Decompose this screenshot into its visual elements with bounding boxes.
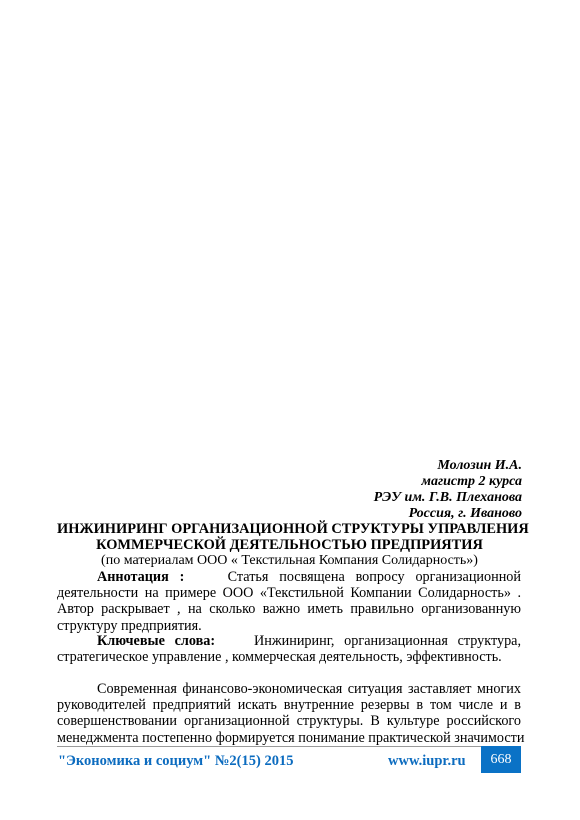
keywords-line: стратегическое управление , коммерческая…: [57, 649, 521, 665]
footer-url-link[interactable]: www.iupr.ru: [388, 753, 466, 769]
title-line-2: КОММЕРЧЕСКОЙ ДЕЯТЕЛЬНОСТЬЮ ПРЕДПРИЯТИЯ: [57, 537, 522, 553]
author-university: РЭУ им. Г.В. Плеханова: [374, 490, 522, 506]
article-title: ИНЖИНИРИНГ ОРГАНИЗАЦИОННОЙ СТРУКТУРЫ УПР…: [57, 521, 522, 553]
author-position: магистр 2 курса: [374, 474, 522, 490]
keywords-paragraph: Ключевые слова: Инжиниринг, организацион…: [57, 633, 521, 665]
title-line-1: ИНЖИНИРИНГ ОРГАНИЗАЦИОННОЙ СТРУКТУРЫ УПР…: [57, 521, 522, 537]
body-line: Современная финансово-экономическая ситу…: [57, 681, 521, 697]
article-subtitle: (по материалам ООО « Текстильная Компани…: [57, 553, 522, 569]
author-name: Молозин И.А.: [374, 458, 522, 474]
author-location: Россия, г. Иваново: [374, 506, 522, 522]
annotation-line: структуру предприятия.: [57, 618, 521, 634]
keywords-label: Ключевые слова:: [97, 633, 215, 649]
keywords-line: Ключевые слова: Инжиниринг, организацион…: [57, 633, 521, 649]
annotation-line: Автор раскрывает , на сколько важно имет…: [57, 601, 521, 617]
annotation-line: Аннотация : Статья посвящена вопросу орг…: [57, 569, 521, 585]
footer-divider: [57, 746, 481, 747]
document-page: Молозин И.А. магистр 2 курса РЭУ им. Г.В…: [0, 0, 580, 820]
annotation-line: деятельности на примере ООО «Текстильной…: [57, 585, 521, 601]
page-number-badge: 668: [481, 746, 521, 773]
body-paragraph: Современная финансово-экономическая ситу…: [57, 681, 521, 746]
footer-journal-title: "Экономика и социум" №2(15) 2015: [58, 753, 293, 769]
annotation-paragraph: Аннотация : Статья посвящена вопросу орг…: [57, 569, 521, 634]
body-line: менеджмента постепенно формируется поним…: [57, 730, 521, 746]
body-line: совершенствовании организационной структ…: [57, 713, 521, 729]
body-line: руководителей предприятий искать внутрен…: [57, 697, 521, 713]
author-info: Молозин И.А. магистр 2 курса РЭУ им. Г.В…: [374, 458, 522, 522]
annotation-label: Аннотация :: [97, 569, 184, 585]
